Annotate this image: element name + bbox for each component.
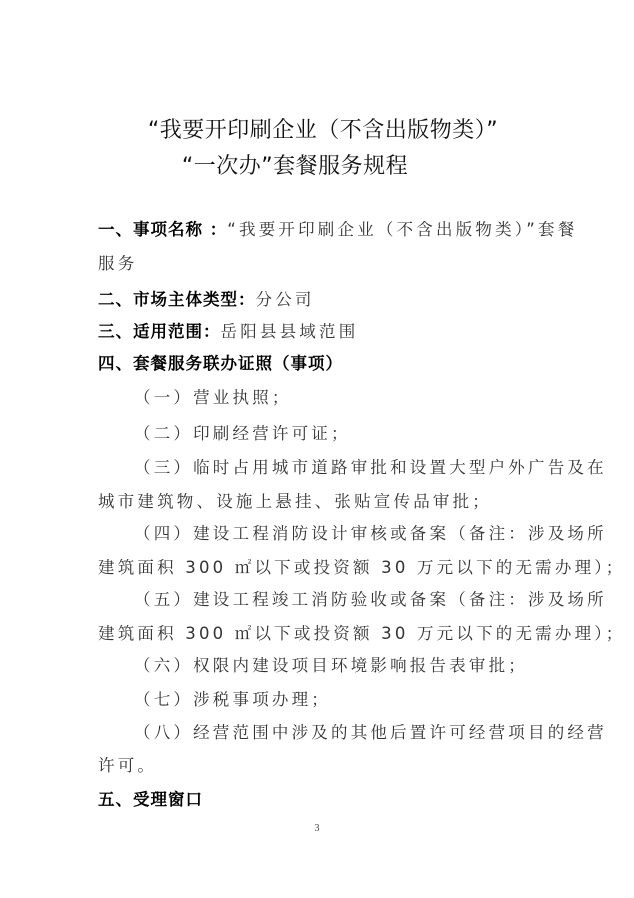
list-item: （四）建设工程消防设计审核或备案（备注：涉及场所 (134, 520, 607, 544)
section-2: 二、市场主体类型：分公司 (98, 286, 315, 310)
page-number: 3 (0, 823, 634, 834)
section-value: 分公司 (256, 290, 315, 309)
section-value: 岳阳县县域范围 (221, 322, 359, 341)
section-value: “我要开印刷企业（不含出版物类）”套餐 (227, 220, 577, 239)
document-title-line-2: “一次办”套餐服务规程 (0, 149, 612, 180)
list-item: （二）印刷经营许可证； (134, 420, 351, 444)
list-item-continuation: 建筑面积 300 ㎡以下或投资额 30 万元以下的无需办理）； (98, 554, 625, 578)
list-item: （三）临时占用城市道路审批和设置大型户外广告及在 (134, 454, 607, 478)
section-4: 四、套餐服务联办证照（事项） (98, 350, 343, 374)
document-title-line-1: “我要开印刷企业（不含出版物类）” (6, 113, 634, 144)
section-heading: 二、市场主体类型： (98, 290, 256, 309)
list-item: （五）建设工程竣工消防验收或备案（备注：涉及场所 (134, 586, 607, 610)
section-heading: 五、受理窗口 (98, 790, 203, 809)
section-heading: 三、适用范围： (98, 322, 221, 341)
section-heading: 一、事项名称 ： (98, 220, 227, 239)
list-item: （六）权限内建设项目环境影响报告表审批； (134, 652, 528, 676)
section-1: 一、事项名称 ：“我要开印刷企业（不含出版物类）”套餐 (98, 216, 577, 240)
section-1-continuation: 服务 (98, 250, 137, 274)
section-3: 三、适用范围：岳阳县县域范围 (98, 318, 358, 342)
section-heading: 四、套餐服务联办证照（事项） (98, 354, 343, 373)
list-item-continuation: 许可。 (98, 752, 157, 776)
list-item-continuation: 城市建筑物、设施上悬挂、张贴宣传品审批； (98, 488, 492, 512)
list-item: （八）经营范围中涉及的其他后置许可经营项目的经营 (134, 719, 607, 743)
list-item: （一）营业执照； (134, 384, 292, 408)
list-item-continuation: 建筑面积 300 ㎡以下或投资额 30 万元以下的无需办理）； (98, 620, 625, 644)
section-5: 五、受理窗口 (98, 786, 203, 810)
list-item: （七）涉税事项办理； (134, 686, 331, 710)
